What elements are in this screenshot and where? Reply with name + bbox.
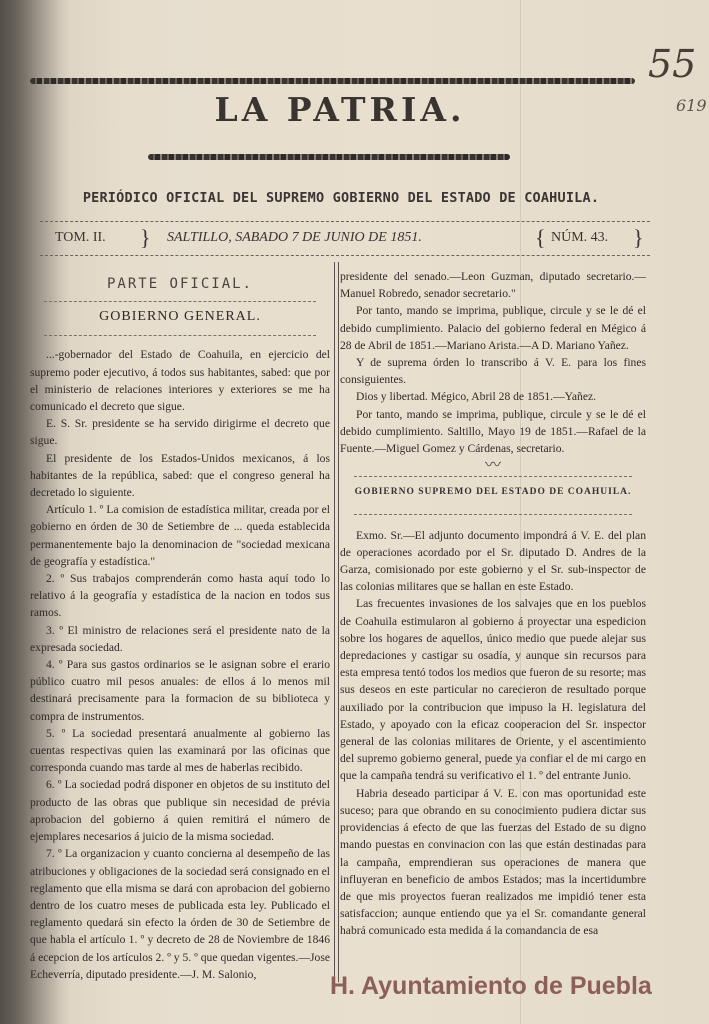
dateline-top-rule [40, 218, 650, 222]
paragraph: 3. º El ministro de relaciones será el p… [30, 622, 330, 656]
brace-right: } [633, 225, 644, 251]
newspaper-subtitle: PERIÓDICO OFICIAL DEL SUPREMO GOBIERNO D… [46, 190, 636, 206]
volume-label: TOM. II. [55, 230, 106, 246]
paragraph: ...-gobernador del Estado de Coahuila, e… [30, 346, 330, 415]
paragraph: Artículo 1. º La comision de estadística… [30, 501, 330, 570]
archive-watermark: H. Ayuntamiento de Puebla [330, 972, 652, 1001]
paragraph: Exmo. Sr.—El adjunto documento impondrá … [340, 527, 646, 596]
paragraph: Las frecuentes invasiones de los salvaje… [340, 595, 646, 784]
paragraph: Habria deseado participar á V. E. con ma… [340, 785, 646, 940]
paragraph: Por tanto, mando se imprima, publique, c… [340, 406, 646, 458]
paragraph: Dios y libertad. Mégico, Abril 28 de 185… [340, 388, 646, 405]
column-divider [334, 262, 339, 982]
dateline-text: SALTILLO, SABADO 7 DE JUNIO DE 1851. [167, 230, 422, 246]
dateline-bar: TOM. II. } SALTILLO, SABADO 7 DE JUNIO D… [55, 228, 655, 252]
paragraph: Por tanto, mando se imprima, publique, c… [340, 302, 646, 354]
flourish-ornament: 〰 [340, 457, 646, 474]
handwritten-page-number: 55 [648, 42, 696, 86]
dateline-bottom-rule [40, 252, 650, 256]
paragraph: 7. º La organizacion y cuanto concierna … [30, 845, 330, 983]
handwritten-folio: 619 [676, 96, 707, 115]
newspaper-title: LA PATRIA. [150, 90, 530, 129]
divider [354, 476, 632, 477]
right-column: presidente del senado.—Leon Guzman, dipu… [340, 268, 646, 940]
brace-mid: { [535, 225, 546, 251]
subsection-heading-gobierno-general: GOBIERNO GENERAL. [30, 304, 330, 333]
section-heading-parte-oficial: PARTE OFICIAL. [30, 272, 330, 299]
paragraph: 6. º La sociedad podrá disponer en objet… [30, 776, 330, 845]
divider [44, 301, 316, 302]
title-ornamental-rule [148, 154, 510, 160]
divider [44, 335, 316, 336]
paragraph: 4. º Para sus gastos ordinarios se le as… [30, 656, 330, 725]
left-column: PARTE OFICIAL. GOBIERNO GENERAL. ...-gob… [30, 272, 330, 983]
divider [354, 514, 632, 515]
top-ornamental-rule [30, 78, 635, 84]
paragraph: Y de suprema órden lo transcribo á V. E.… [340, 354, 646, 388]
issue-number: NÚM. 43. [551, 230, 608, 246]
brace-left: } [140, 225, 151, 251]
paragraph: 5. º La sociedad presentará anualmente a… [30, 725, 330, 777]
paragraph: 2. º Sus trabajos comprenderán como hast… [30, 570, 330, 622]
paragraph: presidente del senado.—Leon Guzman, dipu… [340, 268, 646, 302]
paragraph: E. S. Sr. presidente se ha servido dirig… [30, 415, 330, 449]
paragraph: El presidente de los Estados-Unidos mexi… [30, 450, 330, 502]
section-heading-gobierno-coahuila: GOBIERNO SUPREMO DEL ESTADO DE COAHUILA. [340, 479, 646, 511]
